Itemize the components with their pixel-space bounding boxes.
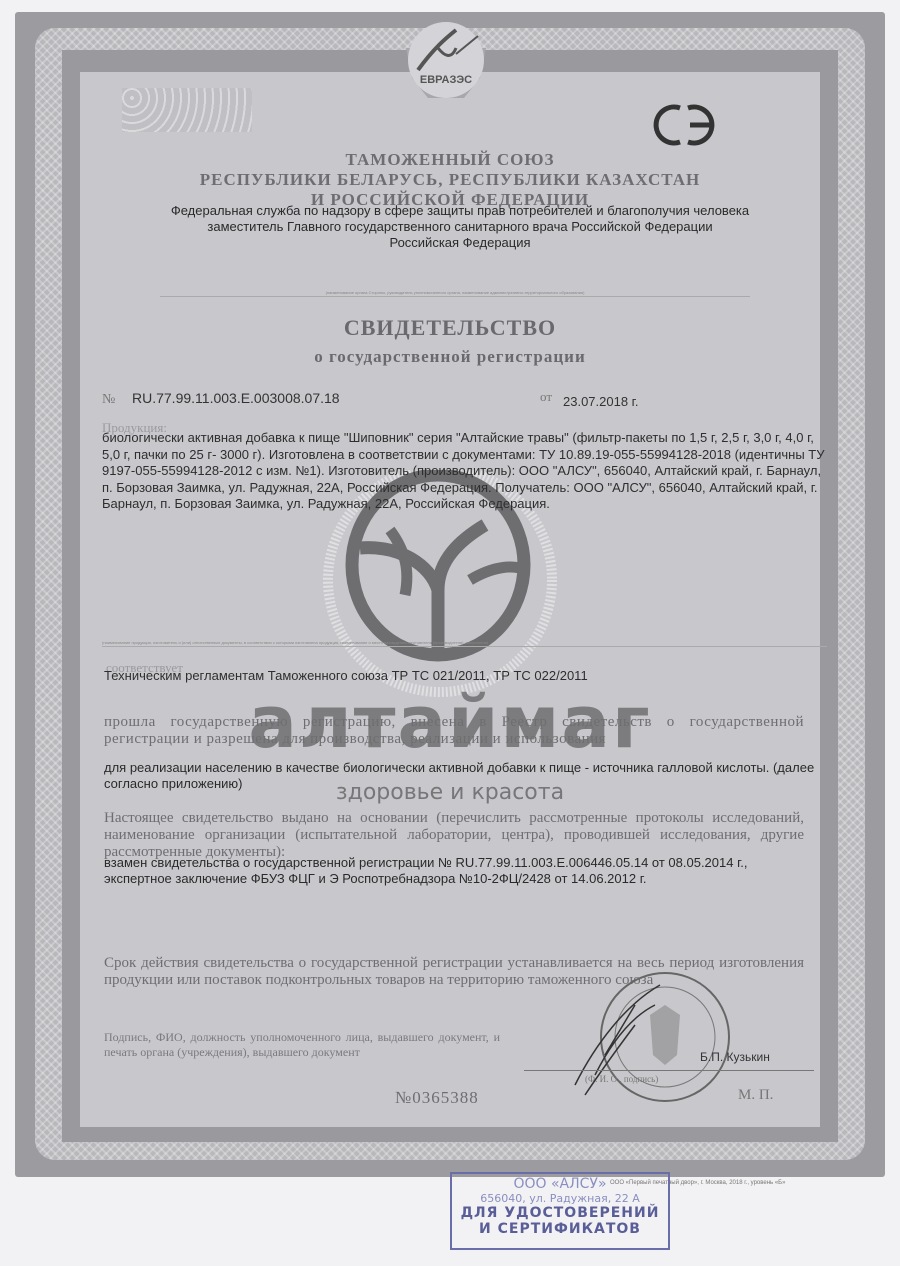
- conformity-mark-icon: [640, 100, 730, 150]
- official-seal-icon: [565, 965, 735, 1105]
- number-label: №: [102, 392, 115, 408]
- stamp-purpose-1: ДЛЯ УДОСТОВЕРЕНИЙ: [452, 1205, 668, 1221]
- basis-statement: Настоящее свидетельство выдано на основа…: [104, 810, 804, 861]
- date-label: от: [540, 389, 552, 405]
- stamp-purpose-2: И СЕРТИФИКАТОВ: [452, 1221, 668, 1237]
- certificate-title: СВИДЕТЕЛЬСТВО: [120, 315, 780, 341]
- product-caption: (наименование продукции, изготовитель и …: [102, 640, 827, 647]
- product-description: биологически активная добавка к пище "Ши…: [102, 430, 830, 513]
- issuing-authority: Федеральная служба по надзору в сфере за…: [95, 203, 825, 251]
- signer-name: Б.П. Кузькин: [700, 1050, 770, 1064]
- seal-place-label: М. П.: [738, 1087, 773, 1104]
- stamp-address: 656040, ул. Радужная, 22 А: [452, 1192, 668, 1205]
- signature-line: [524, 1070, 814, 1071]
- blank-number: №0365388: [395, 1088, 479, 1108]
- stamp-company: ООО «АЛСУ»: [452, 1176, 668, 1192]
- eaec-emblem-icon: ЕВРАЗЭС: [376, 18, 516, 108]
- customs-union-heading: ТАМОЖЕННЫЙ СОЮЗ РЕСПУБЛИКИ БЕЛАРУСЬ, РЕС…: [120, 150, 780, 210]
- signature-caption: Подпись, ФИО, должность уполномоченного …: [104, 1030, 500, 1060]
- watermark-brand: алтаймаг: [180, 680, 720, 764]
- svg-text:ЕВРАЗЭС: ЕВРАЗЭС: [420, 74, 472, 86]
- signature-sub-caption: (Ф. И. О., подпись): [585, 1074, 658, 1084]
- guilloche-pattern: [122, 88, 252, 132]
- certificate-date: 23.07.2018 г.: [563, 394, 638, 409]
- certificate-subtitle: о государственной регистрации: [120, 347, 780, 367]
- basis-documents: взамен свидетельства о государственной р…: [104, 855, 804, 887]
- authority-caption: (наименование органа Стороны, руководите…: [160, 290, 750, 297]
- company-stamp: ООО «АЛСУ» 656040, ул. Радужная, 22 А ДЛ…: [450, 1172, 670, 1250]
- certificate-number: RU.77.99.11.003.Е.003008.07.18: [132, 390, 340, 406]
- watermark-tagline: здоровье и красота: [180, 780, 720, 805]
